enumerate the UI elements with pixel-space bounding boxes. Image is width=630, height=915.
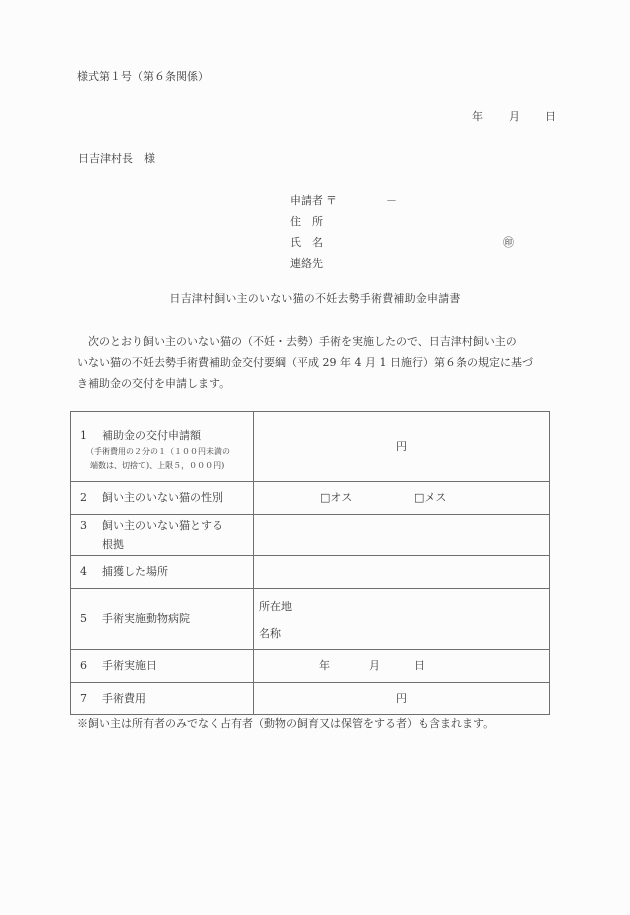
date-month-label: 月: [509, 111, 520, 122]
table-row-cat-sex: 2 飼い主のいない猫の性別 □オス □メス: [71, 482, 550, 515]
row-label: 補助金の交付申請額: [102, 430, 201, 441]
female-checkbox[interactable]: □メス: [414, 492, 446, 503]
row-label-cell: 7 手術費用: [71, 683, 254, 715]
surgery-date-field[interactable]: 年 月 日: [254, 650, 550, 683]
clinic-name-label: 名称: [259, 628, 281, 639]
table-row-veterinary-clinic: 5 手術実施動物病院 所在地 名称: [71, 589, 550, 650]
surgery-year-label: 年: [319, 660, 330, 671]
row-label: 手術実施日: [102, 660, 157, 671]
footnote: ※飼い主は所有者のみでなく占有者（動物の飼育又は保管をする者）も含まれます。: [77, 718, 494, 729]
clinic-info-field[interactable]: 所在地 名称: [254, 589, 550, 650]
table-row-surgery-date: 6 手術実施日 年 月 日: [71, 650, 550, 683]
row-number: 5: [80, 613, 87, 624]
table-row-capture-location: 4 捕獲した場所: [71, 556, 550, 589]
male-checkbox[interactable]: □オス: [320, 492, 352, 503]
yen-unit: 円: [396, 692, 407, 705]
application-statement: 次のとおり飼い主のいない猫の（不妊・去勢）手術を実施したので、日吉津村飼い主の …: [77, 331, 557, 394]
row-number: 3: [80, 520, 87, 531]
row-note: 端数は、切捨て)、上限５，０００円): [90, 459, 224, 473]
applicant-contact-row: 連絡先: [290, 258, 520, 279]
statement-line: き補助金の交付を申請します。: [77, 373, 557, 394]
table-row-subsidy-amount: 1 補助金の交付申請額 （手術費用の２分の１（１００円未満の 端数は、切捨て)、…: [71, 412, 550, 482]
clinic-location-label: 所在地: [259, 601, 292, 612]
row-label: 飼い主のいない猫とする: [102, 520, 223, 531]
subsidy-amount-field[interactable]: 円: [254, 412, 550, 482]
row-label-cell: 2 飼い主のいない猫の性別: [71, 482, 254, 515]
address-label: 住 所: [290, 216, 323, 227]
row-number: 1: [80, 430, 87, 441]
applicant-name-row: 氏 名 ㊞: [290, 237, 520, 258]
applicant-label: 申請者: [290, 195, 323, 206]
contact-label: 連絡先: [290, 258, 323, 269]
applicant-postal-row: 申請者 〒 －: [290, 195, 520, 216]
form-number: 様式第１号（第６条関係）: [77, 71, 209, 82]
name-label: 氏 名: [290, 237, 323, 248]
row-note: （手術費用の２分の１（１００円未満の: [86, 445, 230, 459]
row-label-cell: 6 手術実施日: [71, 650, 254, 683]
statement-line: いない猫の不妊去勢手術費補助金交付要綱（平成 29 年 4 月 1 日施行）第６…: [77, 352, 557, 373]
row-number: 4: [80, 566, 87, 577]
surgery-month-label: 月: [369, 660, 380, 671]
table-row-stray-basis: 3 飼い主のいない猫とする 根拠: [71, 515, 550, 556]
row-number: 2: [80, 492, 87, 503]
row-label-cell: 1 補助金の交付申請額 （手術費用の２分の１（１００円未満の 端数は、切捨て)、…: [71, 412, 254, 482]
date-year-label: 年: [472, 111, 483, 122]
row-label: 手術費用: [102, 693, 146, 704]
addressee: 日吉津村長 様: [78, 153, 155, 164]
document-title: 日吉津村飼い主のいない猫の不妊去勢手術費補助金申請書: [0, 293, 630, 304]
seal-icon: ㊞: [503, 237, 514, 248]
postal-mark-icon: 〒: [326, 195, 337, 206]
row-label: 根拠: [102, 539, 124, 550]
row-label: 手術実施動物病院: [102, 613, 190, 624]
table-row-surgery-cost: 7 手術費用 円: [71, 683, 550, 715]
date-day-label: 日: [545, 111, 556, 122]
applicant-block: 申請者 〒 － 住 所 氏 名 ㊞ 連絡先: [290, 195, 520, 279]
stray-basis-field[interactable]: [254, 515, 550, 556]
row-number: 7: [80, 693, 87, 704]
cat-sex-field: □オス □メス: [254, 482, 550, 515]
postal-code-dash: －: [386, 195, 397, 206]
statement-line: 次のとおり飼い主のいない猫の（不妊・去勢）手術を実施したので、日吉津村飼い主の: [77, 331, 557, 352]
capture-location-field[interactable]: [254, 556, 550, 589]
row-label-cell: 5 手術実施動物病院: [71, 589, 254, 650]
row-label-cell: 3 飼い主のいない猫とする 根拠: [71, 515, 254, 556]
row-number: 6: [80, 660, 87, 671]
applicant-address-row: 住 所: [290, 216, 520, 237]
surgery-day-label: 日: [414, 660, 425, 671]
application-form-table: 1 補助金の交付申請額 （手術費用の２分の１（１００円未満の 端数は、切捨て)、…: [70, 411, 550, 715]
surgery-cost-field[interactable]: 円: [254, 683, 550, 715]
row-label-cell: 4 捕獲した場所: [71, 556, 254, 589]
row-label: 捕獲した場所: [102, 566, 168, 577]
row-label: 飼い主のいない猫の性別: [102, 492, 223, 503]
yen-unit: 円: [396, 440, 407, 453]
